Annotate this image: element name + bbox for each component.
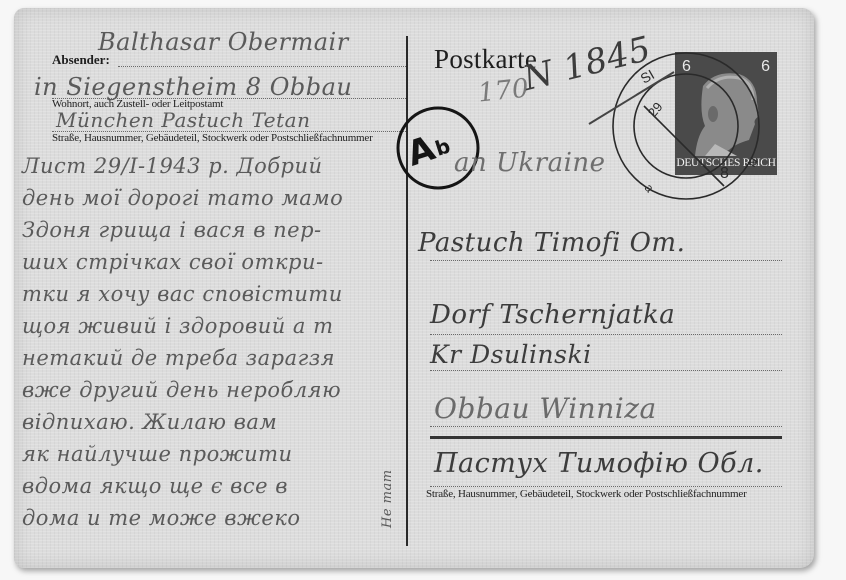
recipient-dotted-line-2 <box>430 334 782 335</box>
recipient-name: Pastuch Timofi Om. <box>418 228 685 258</box>
recipient-dotted-line-1 <box>430 260 782 261</box>
svg-text:A: A <box>402 128 440 174</box>
recipient-district: Kr Dsulinski <box>430 340 592 369</box>
recipient-region: Obbau Winniza <box>434 392 657 425</box>
recipient-dotted-line-5 <box>430 486 782 487</box>
recipient-village: Dorf Tschernjatka <box>430 300 675 330</box>
svg-text:a: a <box>642 181 657 195</box>
recipient-country: an Ukraine <box>454 148 606 178</box>
postcard: Absender: Balthasar Obermair in Siegenst… <box>14 8 814 568</box>
recipient-street-label: Straße, Hausnummer, Gebäudeteil, Stockwe… <box>426 488 747 500</box>
svg-text:8: 8 <box>720 165 729 182</box>
recipient-dotted-line-3 <box>430 370 782 371</box>
recipient-cyrillic: Пастух Тимофію Обл. <box>434 448 764 479</box>
svg-text:29: 29 <box>645 99 666 120</box>
recipient-dotted-line-4 <box>430 426 782 427</box>
postmark-icon: SI 29 8 a N A b <box>14 8 814 568</box>
address-underline <box>430 436 782 439</box>
